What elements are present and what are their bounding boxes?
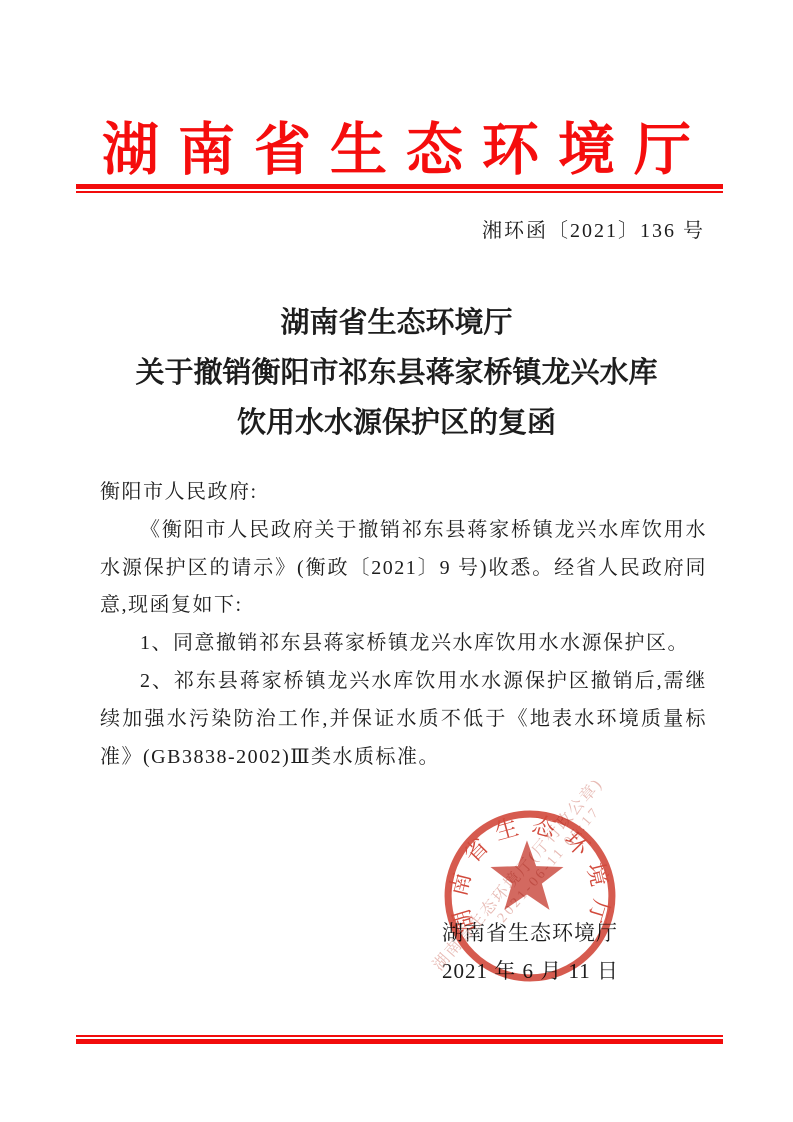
seal-star-icon — [490, 840, 563, 909]
header-double-rule — [76, 184, 723, 193]
document-title: 湖南省生态环境厅 关于撤销衡阳市祁东县蒋家桥镇龙兴水库 饮用水水源保护区的复函 — [0, 298, 793, 448]
body-paragraph-1: 《衡阳市人民政府关于撤销祁东县蒋家桥镇龙兴水库饮用水水源保护区的请示》(衡政〔2… — [100, 512, 707, 625]
body-paragraph-2: 1、同意撤销祁东县蒋家桥镇龙兴水库饮用水水源保护区。 — [100, 625, 707, 663]
document-title-line-2: 关于撤销衡阳市祁东县蒋家桥镇龙兴水库 — [0, 348, 793, 398]
document-number: 湘环函〔2021〕136 号 — [482, 214, 705, 243]
salutation: 衡阳市人民政府: — [100, 474, 707, 512]
footer-rule-thick — [76, 1039, 723, 1044]
header-rule-thin — [76, 191, 723, 193]
document-title-line-3: 饮用水水源保护区的复函 — [0, 398, 793, 448]
body-paragraph-3: 2、祁东县蒋家桥镇龙兴水库饮用水水源保护区撤销后,需继续加强水污染防治工作,并保… — [100, 663, 707, 776]
letterhead-agency-name: 湖南省生态环境厅 — [0, 104, 793, 186]
footer-double-rule — [76, 1035, 723, 1044]
document-title-line-1: 湖南省生态环境厅 — [0, 298, 793, 348]
official-seal: 湖南省生态环境厅 — [440, 806, 620, 986]
official-letter-page: 湖南省生态环境厅 湘环函〔2021〕136 号 湖南省生态环境厅 关于撤销衡阳市… — [0, 0, 793, 1122]
document-body: 衡阳市人民政府: 《衡阳市人民政府关于撤销祁东县蒋家桥镇龙兴水库饮用水水源保护区… — [100, 474, 707, 776]
